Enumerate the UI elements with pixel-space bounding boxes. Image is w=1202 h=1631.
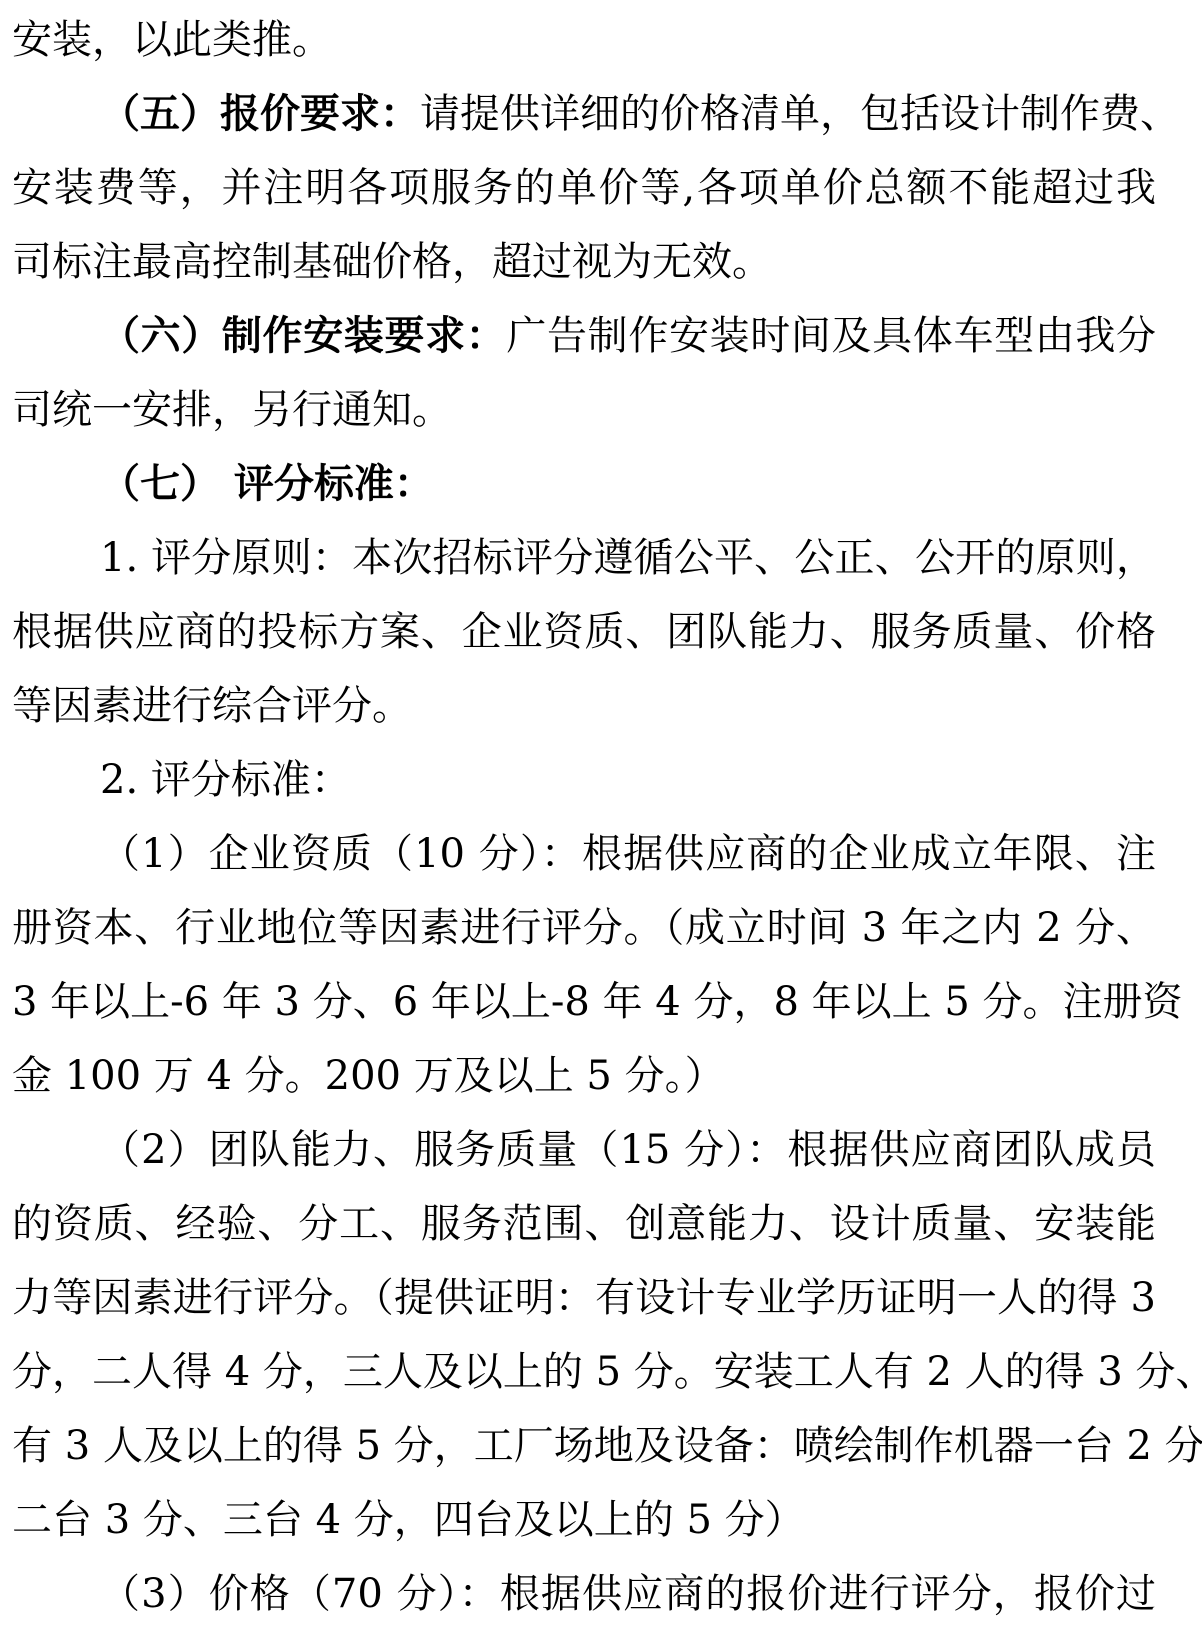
text-segment-bold: （六）制作安装要求： <box>100 312 506 359</box>
text-segment: 1. 评分原则：本次招标评分遵循公平、公正、公开的原则， <box>100 535 1156 581</box>
text-line: 的资质、经验、分工、服务范围、创意能力、设计质量、安装能 <box>12 1187 1156 1261</box>
text-line: 2. 评分标准： <box>12 743 1156 817</box>
text-segment: 有 3 人及以上的得 5 分，工厂场地及设备：喷绘制作机器一台 2 分、 <box>12 1423 1202 1469</box>
text-segment: （1）企业资质（10 分）：根据供应商的企业成立年限、注 <box>100 831 1156 877</box>
text-segment: 册资本、行业地位等因素进行评分。（成立时间 3 年之内 2 分、 <box>12 905 1156 951</box>
text-line: （七） 评分标准： <box>12 447 1156 521</box>
text-line: 根据供应商的投标方案、企业资质、团队能力、服务质量、价格 <box>12 595 1156 669</box>
text-line: （3）价格（70 分）：根据供应商的报价进行评分，报价过 <box>12 1557 1156 1631</box>
text-line: 司统一安排，另行通知。 <box>12 373 1156 447</box>
text-segment-bold: （五）报价要求： <box>100 90 420 137</box>
text-segment: 广告制作安装时间及具体车型由我分 <box>506 313 1156 359</box>
text-segment: 安装费等，并注明各项服务的单价等,各项单价总额不能超过我 <box>12 165 1156 211</box>
text-segment: 力等因素进行评分。（提供证明：有设计专业学历证明一人的得 3 <box>12 1275 1156 1321</box>
text-segment: 司统一安排，另行通知。 <box>12 387 452 433</box>
text-line: 安装，以此类推。 <box>12 3 1156 77</box>
text-line: 司标注最高控制基础价格，超过视为无效。 <box>12 225 1156 299</box>
text-segment: 分，二人得 4 分，三人及以上的 5 分。安装工人有 2 人的得 3 分、 <box>12 1349 1202 1395</box>
text-line: （2）团队能力、服务质量（15 分）：根据供应商团队成员 <box>12 1113 1156 1187</box>
text-line: （六）制作安装要求：广告制作安装时间及具体车型由我分 <box>12 299 1156 373</box>
text-segment: 二台 3 分、三台 4 分，四台及以上的 5 分） <box>12 1497 805 1543</box>
text-line: 册资本、行业地位等因素进行评分。（成立时间 3 年之内 2 分、 <box>12 891 1156 965</box>
text-segment: 的资质、经验、分工、服务范围、创意能力、设计质量、安装能 <box>12 1201 1156 1247</box>
text-line: 分，二人得 4 分，三人及以上的 5 分。安装工人有 2 人的得 3 分、 <box>12 1335 1156 1409</box>
text-segment: 2. 评分标准： <box>100 757 351 803</box>
text-line: 等因素进行综合评分。 <box>12 669 1156 743</box>
text-line: （五）报价要求：请提供详细的价格清单，包括设计制作费、 <box>12 77 1156 151</box>
text-segment-bold: （七） 评分标准： <box>100 460 434 507</box>
text-segment: 3 年以上-6 年 3 分、6 年以上-8 年 4 分，8 年以上 5 分。注册… <box>12 979 1183 1025</box>
text-segment: 安装，以此类推。 <box>12 17 332 63</box>
text-line: 3 年以上-6 年 3 分、6 年以上-8 年 4 分，8 年以上 5 分。注册… <box>12 965 1156 1039</box>
text-segment: 根据供应商的投标方案、企业资质、团队能力、服务质量、价格 <box>12 609 1156 655</box>
text-line: 力等因素进行评分。（提供证明：有设计专业学历证明一人的得 3 <box>12 1261 1156 1335</box>
document-page: 安装，以此类推。（五）报价要求：请提供详细的价格清单，包括设计制作费、安装费等，… <box>0 0 1202 1631</box>
text-line: 有 3 人及以上的得 5 分，工厂场地及设备：喷绘制作机器一台 2 分、 <box>12 1409 1156 1483</box>
text-segment: （2）团队能力、服务质量（15 分）：根据供应商团队成员 <box>100 1127 1156 1173</box>
text-segment: （3）价格（70 分）：根据供应商的报价进行评分，报价过 <box>100 1571 1156 1617</box>
text-line: （1）企业资质（10 分）：根据供应商的企业成立年限、注 <box>12 817 1156 891</box>
text-segment: 等因素进行综合评分。 <box>12 683 412 729</box>
text-segment: 金 100 万 4 分。200 万及以上 5 分。） <box>12 1053 725 1099</box>
text-segment: 司标注最高控制基础价格，超过视为无效。 <box>12 239 772 285</box>
text-line: 1. 评分原则：本次招标评分遵循公平、公正、公开的原则， <box>12 521 1156 595</box>
text-line: 安装费等，并注明各项服务的单价等,各项单价总额不能超过我 <box>12 151 1156 225</box>
text-line: 二台 3 分、三台 4 分，四台及以上的 5 分） <box>12 1483 1156 1557</box>
text-line: 金 100 万 4 分。200 万及以上 5 分。） <box>12 1039 1156 1113</box>
text-segment: 请提供详细的价格清单，包括设计制作费、 <box>420 91 1180 137</box>
